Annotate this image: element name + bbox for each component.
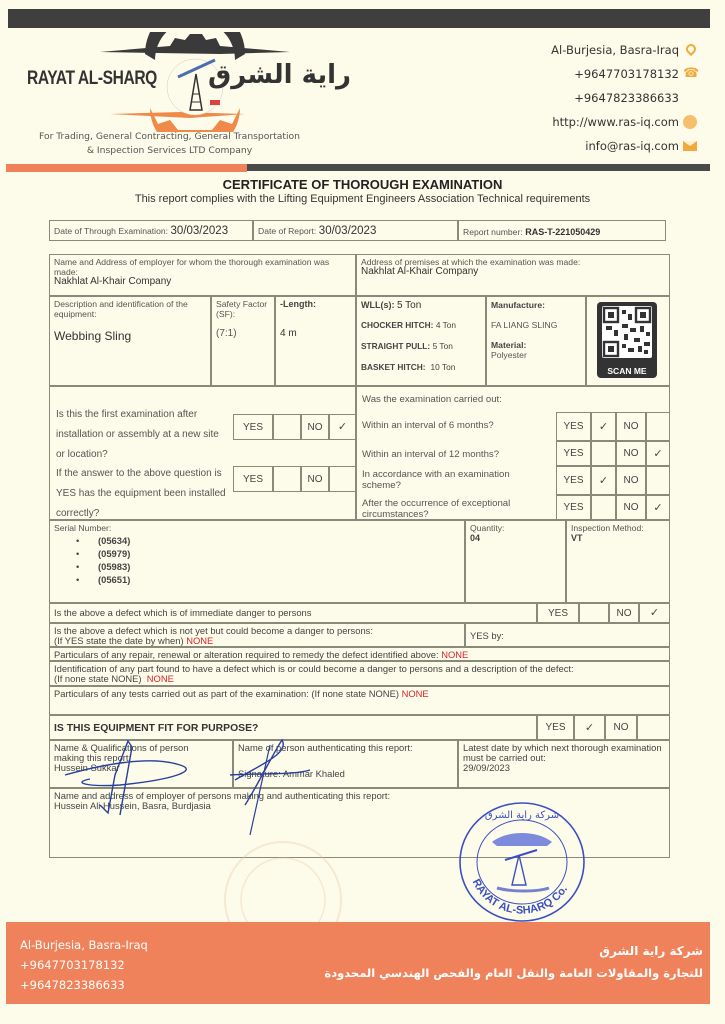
left-q1-yes-box[interactable]: [273, 414, 301, 440]
identification-cell: Identification of any part found to have…: [49, 661, 670, 686]
right-q3-no-label: NO: [616, 466, 646, 495]
qr-code-icon: [602, 306, 652, 358]
tests-value: NONE: [402, 688, 429, 699]
next-exam-value: 29/09/2023: [463, 763, 665, 773]
carried-out-heading: Was the examination carried out:: [362, 394, 502, 405]
contact-address-text: Al-Burjesia, Basra-Iraq: [551, 38, 679, 62]
manufacture-cell: Manufacture: FA LIANG SLING Material: Po…: [486, 296, 586, 386]
safety-factor-cell: Safety Factor (SF): (7:1): [211, 296, 275, 386]
repair-text: Particulars of any repair, renewal or al…: [54, 649, 439, 660]
stamp-text-en: RAYAT AL-SHARQ Co.: [470, 877, 570, 917]
future-danger-hint: (If YES state the date by when): [54, 635, 184, 646]
manufacture-label: Manufacture:: [491, 300, 581, 310]
right-q1-no-label: NO: [616, 412, 646, 441]
bullet-icon: •: [76, 547, 98, 560]
left-q2-yes-label: YES: [233, 466, 273, 492]
header-divider-orange: [6, 164, 247, 172]
serial-number-value: (05983): [98, 561, 130, 572]
serial-number-item: •(05634): [76, 534, 460, 547]
equipment-desc-cell: Description and identification of the eq…: [49, 296, 211, 386]
tagline-line1: For Trading, General Contracting, Genera…: [22, 130, 317, 144]
immediate-yes-label: YES: [537, 603, 579, 623]
left-q1-yes-label: YES: [233, 414, 273, 440]
bullet-icon: •: [76, 573, 98, 586]
logo-text-en: RAYAT AL-SHARQ: [27, 68, 157, 90]
material-label: Material:: [491, 340, 581, 350]
right-q1-yes-label: YES: [556, 412, 591, 441]
repair-value: NONE: [441, 649, 468, 660]
report-number-cell: Report number: RAS-T-221050429: [458, 220, 666, 241]
company-stamp-icon: شركة راية الشرق RAYAT AL-SHARQ Co.: [457, 800, 587, 925]
footer-phone2: +9647823386633: [20, 975, 148, 995]
length-cell: -Length: 4 m: [275, 296, 356, 386]
inspection-method-value: VT: [571, 533, 665, 543]
right-q2-no-label: NO: [616, 441, 646, 466]
logo-text-ar: راية الشرق: [208, 60, 351, 90]
date-report-label: Date of Report:: [258, 226, 316, 236]
immediate-danger-cell: Is the above a defect which is of immedi…: [49, 603, 537, 623]
employer-cell: Name and Address of employer for whom th…: [49, 254, 356, 296]
right-q3-no-box[interactable]: [646, 466, 670, 495]
check-mark-icon: ✓: [653, 448, 662, 460]
check-mark-icon: ✓: [653, 502, 662, 514]
length-label: -Length:: [280, 299, 351, 309]
choker-value: 4 Ton: [436, 320, 456, 330]
serial-number-item: •(05979): [76, 547, 460, 560]
serial-number-item: •(05651): [76, 573, 460, 586]
footer-arabic-line1: شركة راية الشرق: [324, 940, 703, 962]
tests-text: Particulars of any tests carried out as …: [54, 688, 399, 699]
wll-label: WLL(s):: [361, 300, 395, 310]
installed-correctly-question: If the answer to the above question is Y…: [56, 464, 226, 524]
fit-no-label: NO: [605, 715, 637, 740]
check-mark-icon: ✓: [585, 722, 594, 734]
svg-text:RAYAT AL-SHARQ Co.: RAYAT AL-SHARQ Co.: [470, 877, 570, 917]
safety-factor-value: (7:1): [216, 329, 270, 339]
contact-email[interactable]: info@ras-iq.com: [551, 134, 697, 158]
fit-yes-box[interactable]: ✓: [574, 715, 605, 740]
phone-icon: ☎: [683, 67, 697, 81]
date-exam-cell: Date of Through Examination: 30/03/2023: [49, 220, 253, 241]
right-q4-no-label: NO: [616, 495, 646, 520]
inspection-method-label: Inspection Method:: [571, 523, 665, 533]
equipment-desc-value: Webbing Sling: [54, 331, 206, 341]
email-link[interactable]: info@ras-iq.com: [585, 134, 679, 158]
right-q4-no-box[interactable]: ✓: [646, 495, 670, 520]
qr-code[interactable]: SCAN ME: [597, 302, 657, 378]
straight-label: STRAIGHT PULL:: [361, 341, 430, 351]
repair-cell: Particulars of any repair, renewal or al…: [49, 647, 670, 661]
certificate-subtitle: This report complies with the Lifting Eq…: [0, 193, 725, 205]
footer-arabic-line2: للتجارة والمقاولات العامة والنقل العام و…: [324, 962, 703, 984]
material-value: Polyester: [491, 350, 581, 360]
date-exam-label: Date of Through Examination:: [54, 226, 168, 236]
serial-number-cell: Serial Number: •(05634)•(05979)•(05983)•…: [49, 520, 465, 603]
report-number-label: Report number:: [463, 227, 523, 237]
company-tagline: For Trading, General Contracting, Genera…: [22, 130, 317, 158]
footer-arabic: شركة راية الشرق للتجارة والمقاولات العام…: [324, 940, 703, 984]
first-exam-question: Is this the first examination after inst…: [56, 405, 224, 465]
basket-label: BASKET HITCH:: [361, 362, 426, 372]
contact-website[interactable]: http://www.ras-iq.com: [551, 110, 697, 134]
left-q1-no-label: NO: [301, 414, 329, 440]
right-q2-yes-box[interactable]: [591, 441, 616, 466]
header-divider-dark: [247, 164, 710, 171]
footer-address: Al-Burjesia, Basra-Iraq: [20, 935, 148, 955]
wll-value: 5 Ton: [397, 300, 421, 311]
globe-icon: [683, 115, 697, 129]
quantity-value: 04: [470, 533, 561, 543]
date-report-cell: Date of Report: 30/03/2023: [253, 220, 458, 241]
left-q2-no-label: NO: [301, 466, 329, 492]
footer-phone1: +9647703178132: [20, 955, 148, 975]
serial-number-value: (05634): [98, 535, 130, 546]
fit-no-box[interactable]: [637, 715, 670, 740]
quantity-cell: Quantity: 04: [465, 520, 566, 603]
identification-hint: (If none state NONE): [54, 673, 142, 684]
left-q2-yes-box[interactable]: [273, 466, 301, 492]
location-pin-icon: [683, 43, 697, 57]
tests-cell: Particulars of any tests carried out as …: [49, 686, 670, 715]
future-danger-cell: Is the above a defect which is not yet b…: [49, 623, 465, 647]
serial-number-item: •(05983): [76, 560, 460, 573]
certificate-title: CERTIFICATE OF THOROUGH EXAMINATION: [0, 177, 725, 192]
future-danger-value: NONE: [186, 635, 213, 646]
signature-icon: [60, 735, 360, 835]
contact-phone1: +9647703178132 ☎: [551, 62, 697, 86]
website-link[interactable]: http://www.ras-iq.com: [552, 110, 679, 134]
choker-label: CHOCKER HITCH:: [361, 320, 433, 330]
right-q1-yes-box[interactable]: ✓: [591, 412, 616, 441]
date-exam-value: 30/03/2023: [171, 225, 229, 237]
left-q1-no-box[interactable]: ✓: [329, 414, 356, 440]
report-number-value: RAS-T-221050429: [525, 227, 600, 237]
mail-icon: [683, 141, 697, 151]
right-q2-text: Within an interval of 12 months?: [362, 449, 547, 460]
contact-address: Al-Burjesia, Basra-Iraq: [551, 38, 697, 62]
basket-value: 10 Ton: [431, 362, 456, 372]
right-q3-yes-label: YES: [556, 466, 591, 495]
employer-value: Nakhlat Al-Khair Company: [54, 277, 351, 287]
manufacture-value: FA LIANG SLING: [491, 320, 581, 330]
right-q4-text: After the occurrence of exceptional circ…: [362, 498, 547, 520]
right-q3-yes-box[interactable]: ✓: [591, 466, 616, 495]
premises-value: Nakhlat Al-Khair Company: [361, 267, 665, 277]
stamp-text-ar: شركة راية الشرق: [485, 810, 559, 821]
footer-contact: Al-Burjesia, Basra-Iraq +9647703178132 +…: [20, 935, 148, 995]
identification-value: NONE: [147, 673, 174, 684]
left-q2-no-box[interactable]: [329, 466, 356, 492]
right-q1-text: Within an interval of 6 months?: [362, 420, 547, 431]
bullet-icon: •: [76, 560, 98, 573]
check-mark-icon: ✓: [338, 421, 347, 433]
wll-cell: WLL(s): 5 Ton CHOCKER HITCH: 4 Ton STRAI…: [356, 296, 486, 386]
next-exam-label: Latest date by which next thorough exami…: [463, 743, 665, 763]
right-q2-yes-label: YES: [556, 441, 591, 466]
header-contact: Al-Burjesia, Basra-Iraq +9647703178132 ☎…: [551, 38, 697, 158]
immediate-no-box[interactable]: ✓: [639, 603, 670, 623]
immediate-no-label: NO: [609, 603, 639, 623]
check-mark-icon: ✓: [650, 607, 659, 619]
qr-scan-label: SCAN ME: [597, 366, 657, 376]
straight-value: 5 Ton: [433, 341, 453, 351]
contact-phone1-text: +9647703178132: [574, 62, 679, 86]
equipment-desc-label: Description and identification of the eq…: [54, 299, 206, 319]
bullet-icon: •: [76, 534, 98, 547]
quantity-label: Quantity:: [470, 523, 561, 533]
safety-factor-label: Safety Factor (SF):: [216, 299, 270, 319]
right-q3-text: In accordance with an examination scheme…: [362, 469, 547, 491]
contact-phone2-text: +9647823386633: [574, 86, 679, 110]
tagline-line2: & Inspection Services LTD Company: [22, 144, 317, 158]
length-value: 4 m: [280, 329, 351, 339]
serial-number-value: (05651): [98, 574, 130, 585]
check-mark-icon: ✓: [599, 421, 608, 433]
spacer: [683, 91, 697, 105]
immediate-yes-box[interactable]: [579, 603, 609, 623]
serial-number-value: (05979): [98, 548, 130, 559]
right-q4-yes-box[interactable]: [591, 495, 616, 520]
right-q1-no-box[interactable]: [646, 412, 670, 441]
employer-label: Name and Address of employer for whom th…: [54, 257, 351, 277]
contact-phone2: +9647823386633: [551, 86, 697, 110]
next-exam-cell: Latest date by which next thorough exami…: [458, 740, 670, 788]
right-q4-yes-label: YES: [556, 495, 591, 520]
inspection-method-cell: Inspection Method: VT: [566, 520, 670, 603]
right-q2-no-box[interactable]: ✓: [646, 441, 670, 466]
serial-label: Serial Number:: [54, 523, 460, 533]
header-top-bar: [8, 9, 710, 28]
premises-cell: Address of premises at which the examina…: [356, 254, 670, 296]
check-mark-icon: ✓: [599, 475, 608, 487]
yes-by-cell: YES by:: [465, 623, 670, 647]
fit-yes-label: YES: [537, 715, 574, 740]
date-report-value: 30/03/2023: [319, 225, 377, 237]
